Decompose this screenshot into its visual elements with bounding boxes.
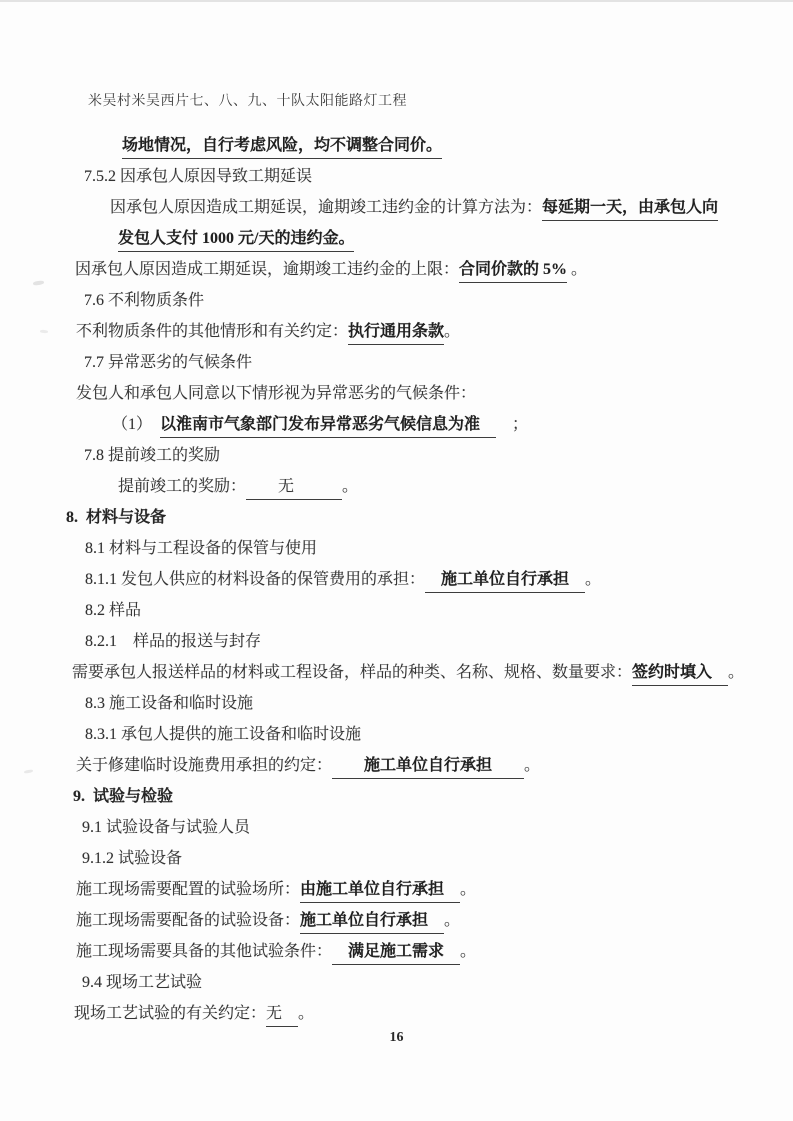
contract-line: 9.4 现场工艺试验 xyxy=(82,967,793,998)
scan-edge xyxy=(0,0,793,2)
text-segment: 施工现场需要配备的试验设备： xyxy=(76,910,300,932)
text-segment: 。 xyxy=(728,662,744,684)
text-segment: 。 xyxy=(460,879,476,901)
scan-artifact xyxy=(40,330,48,334)
text-segment: 7.7 异常恶劣的气候条件 xyxy=(84,352,252,374)
contract-line: 施工现场需要配置的试验场所：由施工单位自行承担 。 xyxy=(76,874,793,905)
text-segment: 8.1 材料与工程设备的保管与使用 xyxy=(85,538,317,560)
filled-blank: 施工单位自行承担 xyxy=(425,569,585,593)
text-segment: 9. 试验与检验 xyxy=(73,786,173,808)
text-segment: 8.3.1 承包人提供的施工设备和临时设施 xyxy=(85,724,361,746)
text-segment: 因承包人原因造成工期延误，逾期竣工违约金的计算方法为： xyxy=(110,197,542,219)
filled-blank: 无 xyxy=(266,1003,298,1027)
text-segment: 不利物质条件的其他情形和有关约定： xyxy=(76,321,348,343)
text-segment: 8.2 样品 xyxy=(85,600,141,622)
contract-line: 8.2 样品 xyxy=(85,595,793,626)
filled-blank: 由施工单位自行承担 xyxy=(300,879,460,903)
text-segment: 发包人和承包人同意以下情形视为异常恶劣的气候条件： xyxy=(76,383,476,405)
text-segment: 。 xyxy=(298,1003,314,1025)
text-segment: 7.5.2 因承包人原因导致工期延误 xyxy=(84,166,312,188)
contract-line: 7.7 异常恶劣的气候条件 xyxy=(84,347,793,378)
contract-line: 发包人和承包人同意以下情形视为异常恶劣的气候条件： xyxy=(76,378,793,409)
text-segment: 因承包人原因造成工期延误，逾期竣工违约金的上限： xyxy=(75,259,459,281)
filled-blank: 施工单位自行承担 xyxy=(332,755,524,779)
text-segment: 8. 材料与设备 xyxy=(66,507,166,529)
text-segment: 施工现场需要具备的其他试验条件： xyxy=(76,941,332,963)
text-segment: 。 xyxy=(524,755,540,777)
filled-blank: 每延期一天，由承包人向 xyxy=(542,197,718,221)
contract-line: 7.8 提前竣工的奖励 xyxy=(84,440,793,471)
contract-line: 施工现场需要配备的试验设备：施工单位自行承担 。 xyxy=(76,905,793,936)
text-segment: 8.2.1 样品的报送与封存 xyxy=(85,631,261,653)
filled-blank: 场地情况，自行考虑风险，均不调整合同价。 xyxy=(122,135,442,159)
text-segment: 。 xyxy=(444,910,460,932)
contract-line: 关于修建临时设施费用承担的约定： 施工单位自行承担 。 xyxy=(76,750,793,781)
contract-line: 现场工艺试验的有关约定：无 。 xyxy=(74,998,793,1029)
filled-blank: 发包人支付 1000 元/天的违约金。 xyxy=(118,228,354,252)
contract-line: 发包人支付 1000 元/天的违约金。 xyxy=(118,223,793,254)
filled-blank: 施工单位自行承担 xyxy=(300,910,444,934)
contract-line: 提前竣工的奖励： 无 。 xyxy=(118,471,793,502)
text-segment: 8.3 施工设备和临时设施 xyxy=(85,693,253,715)
filled-blank: 满足施工需求 xyxy=(332,941,460,965)
contract-line: 9.1.2 试验设备 xyxy=(82,843,793,874)
text-segment: 9.1 试验设备与试验人员 xyxy=(82,817,250,839)
contract-line: 9. 试验与检验 xyxy=(73,781,793,812)
text-segment: 需要承包人报送样品的材料或工程设备，样品的种类、名称、规格、数量要求： xyxy=(72,662,632,684)
text-segment: 9.1.2 试验设备 xyxy=(82,848,182,870)
document-header-title: 米吴村米吴西片七、八、九、十队太阳能路灯工程 xyxy=(88,90,793,110)
filled-blank: 无 xyxy=(246,476,342,500)
contract-line: 9.1 试验设备与试验人员 xyxy=(82,812,793,843)
text-segment: 关于修建临时设施费用承担的约定： xyxy=(76,755,332,777)
contract-line: 8.2.1 样品的报送与封存 xyxy=(85,626,793,657)
filled-blank: 合同价款的 5% xyxy=(459,259,567,283)
text-segment: 。 xyxy=(585,569,601,591)
contract-line: 8. 材料与设备 xyxy=(66,502,793,533)
text-segment: （1） xyxy=(112,414,160,436)
contract-line: 场地情况，自行考虑风险，均不调整合同价。 xyxy=(122,130,793,161)
page-number: 16 xyxy=(0,1030,793,1046)
contract-line: 8.1 材料与工程设备的保管与使用 xyxy=(85,533,793,564)
text-segment: 9.4 现场工艺试验 xyxy=(82,972,202,994)
text-segment: 。 xyxy=(567,259,587,281)
contract-line: 因承包人原因造成工期延误，逾期竣工违约金的上限：合同价款的 5% 。 xyxy=(75,254,793,285)
contract-line: 8.3.1 承包人提供的施工设备和临时设施 xyxy=(85,719,793,750)
contract-line: 8.1.1 发包人供应的材料设备的保管费用的承担： 施工单位自行承担 。 xyxy=(85,564,793,595)
text-segment: 。 xyxy=(460,941,476,963)
text-segment: 提前竣工的奖励： xyxy=(118,476,246,498)
text-segment: ； xyxy=(496,414,528,436)
contract-line: 施工现场需要具备的其他试验条件： 满足施工需求 。 xyxy=(76,936,793,967)
contract-line: 需要承包人报送样品的材料或工程设备，样品的种类、名称、规格、数量要求：签约时填入… xyxy=(72,657,793,688)
filled-blank: 以淮南市气象部门发布异常恶劣气候信息为准 xyxy=(160,414,496,438)
contract-line: 不利物质条件的其他情形和有关约定：执行通用条款。 xyxy=(76,316,793,347)
contract-line: （1） 以淮南市气象部门发布异常恶劣气候信息为准 ； xyxy=(112,409,793,440)
text-segment: 8.1.1 发包人供应的材料设备的保管费用的承担： xyxy=(85,569,425,591)
document-body: 场地情况，自行考虑风险，均不调整合同价。7.5.2 因承包人原因导致工期延误因承… xyxy=(0,130,793,1029)
text-segment: 7.6 不利物质条件 xyxy=(84,290,204,312)
contract-line: 7.5.2 因承包人原因导致工期延误 xyxy=(84,161,793,192)
contract-line: 7.6 不利物质条件 xyxy=(84,285,793,316)
text-segment: 。 xyxy=(444,321,460,343)
contract-page: 米吴村米吴西片七、八、九、十队太阳能路灯工程 场地情况，自行考虑风险，均不调整合… xyxy=(0,0,793,1121)
text-segment: 7.8 提前竣工的奖励 xyxy=(84,445,220,467)
filled-blank: 执行通用条款 xyxy=(348,321,444,345)
text-segment: 。 xyxy=(342,476,358,498)
text-segment: 施工现场需要配置的试验场所： xyxy=(76,879,300,901)
text-segment: 现场工艺试验的有关约定： xyxy=(74,1003,266,1025)
filled-blank: 签约时填入 xyxy=(632,662,728,686)
contract-line: 8.3 施工设备和临时设施 xyxy=(85,688,793,719)
contract-line: 因承包人原因造成工期延误，逾期竣工违约金的计算方法为：每延期一天，由承包人向 xyxy=(110,192,793,223)
